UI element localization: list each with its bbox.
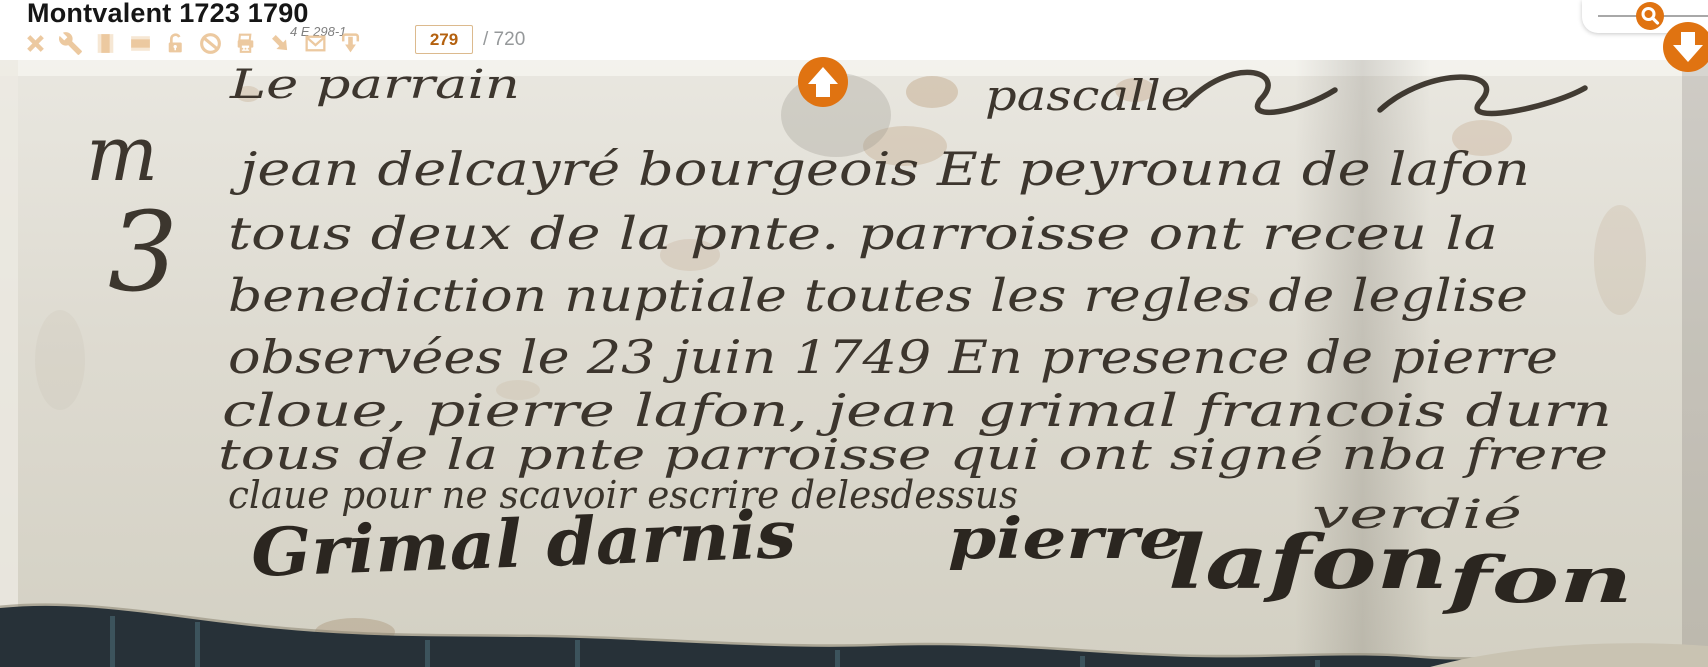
handwriting-line: tous de la pnte parroisse qui ont signé … [218,430,1608,479]
signature: pierre [948,506,1183,572]
handwriting-line: benediction nuptiale toutes les regles d… [228,269,1528,322]
signature: verdié [1312,492,1522,538]
goto-bottom-icon[interactable] [338,31,363,56]
viewer-header: Montvalent 1723 1790 4 E 298-1 [0,0,1708,60]
handwriting-line: jean delcayré bourgeois Et peyrouna de l… [229,142,1530,196]
scroll-up-button[interactable] [798,57,848,107]
page-navigator: / 720 [415,25,525,54]
manuscript-image: Le parrain pascalle m 3 jean delcayré bo… [0,60,1708,667]
envelope-icon[interactable] [303,31,328,56]
up-arrow-icon [798,57,848,107]
diagonal-arrow-icon[interactable] [268,31,293,56]
forbidden-icon[interactable] [198,31,223,56]
unlock-icon[interactable] [163,31,188,56]
document-title: Montvalent 1723 1790 [27,0,309,29]
handwriting-top-line: Le parrain [229,62,520,108]
down-arrow-icon [1663,22,1708,72]
page-total: / 720 [483,29,525,51]
marginal-mark-top: m [86,109,158,198]
toolbar [23,31,363,56]
signature: fon [1442,543,1633,618]
print-icon[interactable] [233,31,258,56]
marginal-mark-bottom: 3 [108,188,178,316]
archive-viewer: Montvalent 1723 1790 4 E 298-1 [0,0,1708,667]
close-icon[interactable] [23,31,48,56]
magnifier-icon [1636,2,1664,30]
portrait-page-icon[interactable] [93,31,118,56]
zoom-slider-handle[interactable] [1636,2,1664,30]
manuscript-photo[interactable]: Le parrain pascalle m 3 jean delcayré bo… [0,60,1708,667]
handwriting-top-right-word: pascalle [985,71,1190,120]
landscape-page-icon[interactable] [128,31,153,56]
page-number-input[interactable] [415,25,473,54]
scroll-down-button[interactable] [1663,22,1708,72]
handwriting-line: tous deux de la pnte. parroisse ont rece… [228,207,1498,260]
wrench-icon[interactable] [58,31,83,56]
handwriting-line: observées le 23 juin 1749 En presence de… [228,330,1558,384]
